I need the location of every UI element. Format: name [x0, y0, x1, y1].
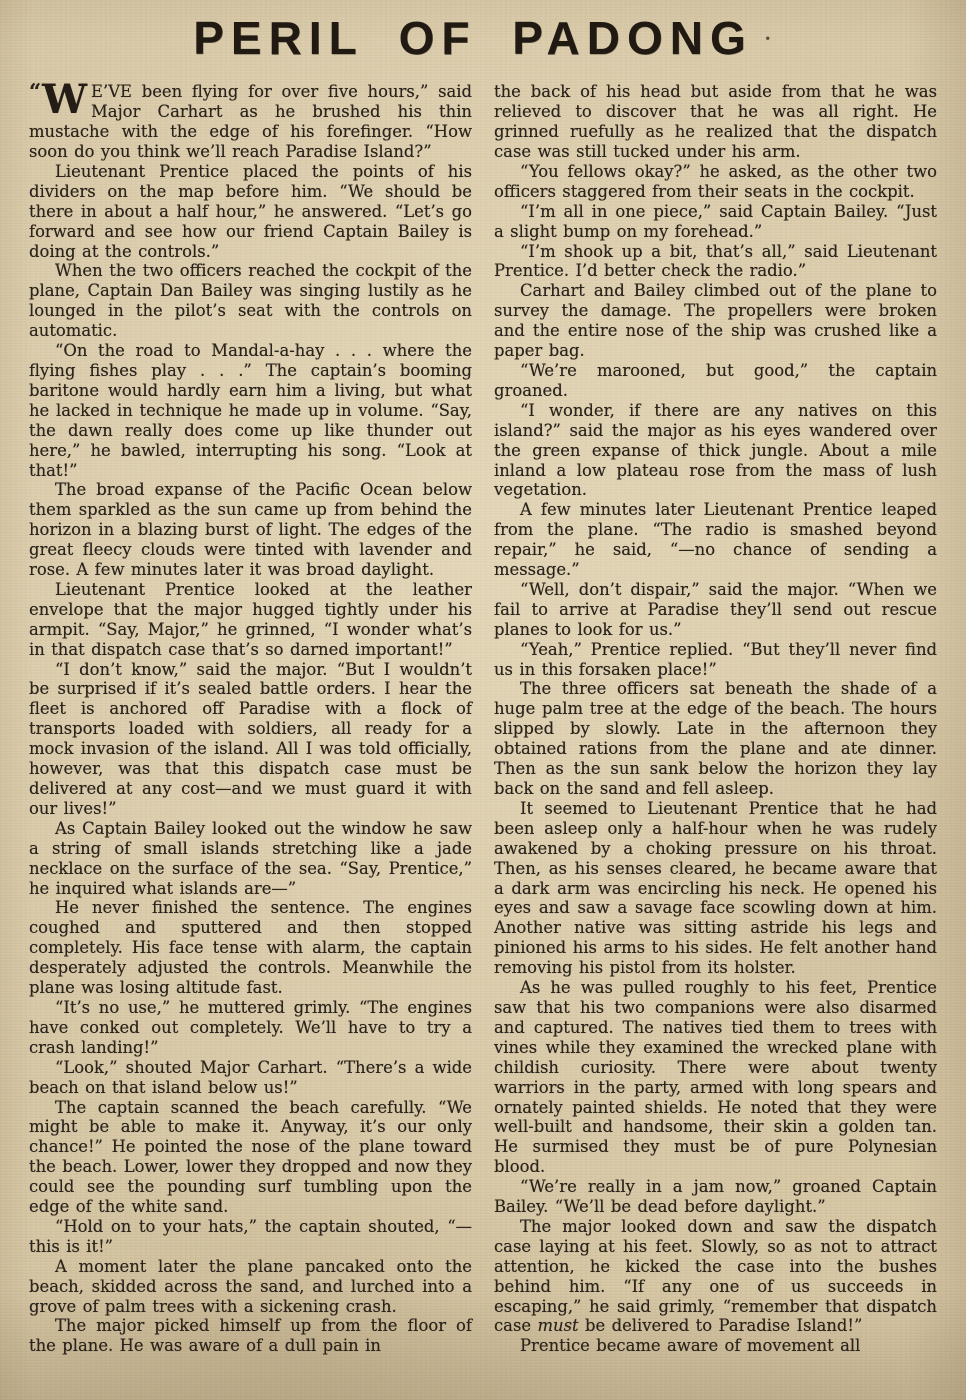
- story-paragraph: Lieutenant Prentice placed the points of…: [29, 162, 472, 262]
- story-paragraph: A moment later the plane pancaked onto t…: [29, 1257, 472, 1317]
- story-paragraph: “It’s no use,” he muttered grimly. “The …: [29, 998, 472, 1058]
- story-paragraph: “Look,” shouted Major Carhart. “There’s …: [29, 1058, 472, 1098]
- drop-cap: W: [42, 84, 87, 116]
- story-paragraph: As he was pulled roughly to his feet, Pr…: [494, 978, 937, 1177]
- title-row: PERIL OF PADONG·: [29, 14, 937, 62]
- story-paragraph: “I’m shook up a bit, that’s all,” said L…: [494, 242, 937, 282]
- story-paragraph: The major picked himself up from the flo…: [29, 1316, 472, 1356]
- story-paragraph: It seemed to Lieutenant Prentice that he…: [494, 799, 937, 978]
- story-paragraph: A few minutes later Lieutenant Prentice …: [494, 500, 937, 580]
- story-paragraph: “On the road to Mandal-a-hay . . . where…: [29, 341, 472, 480]
- story-paragraph: Prentice became aware of movement all: [494, 1336, 937, 1356]
- story-paragraph: The three officers sat beneath the shade…: [494, 679, 937, 798]
- title-dot: ·: [763, 22, 773, 56]
- text-columns: “WE’VE been flying for over five hours,”…: [29, 82, 937, 1356]
- story-paragraph: “You fellows okay?” he asked, as the oth…: [494, 162, 937, 202]
- story-paragraph: “I wonder, if there are any natives on t…: [494, 401, 937, 501]
- story-paragraph: When the two officers reached the cockpi…: [29, 261, 472, 341]
- story-paragraph: Carhart and Bailey climbed out of the pl…: [494, 281, 937, 361]
- story-paragraph: “I’m all in one piece,” said Captain Bai…: [494, 202, 937, 242]
- story-paragraph: The captain scanned the beach carefully.…: [29, 1098, 472, 1217]
- story-paragraph: Lieutenant Prentice looked at the leathe…: [29, 580, 472, 660]
- story-paragraph: The broad expanse of the Pacific Ocean b…: [29, 480, 472, 580]
- story-page: PERIL OF PADONG· “WE’VE been flying for …: [0, 0, 966, 1400]
- story-paragraph: “Well, don’t dispair,” said the major. “…: [494, 580, 937, 640]
- right-column: the back of his head but aside from that…: [494, 82, 937, 1356]
- story-paragraph: The major looked down and saw the dispat…: [494, 1217, 937, 1336]
- story-paragraph: “WE’VE been flying for over five hours,”…: [29, 82, 472, 162]
- story-paragraph: He never finished the sentence. The engi…: [29, 898, 472, 998]
- story-paragraph: “We’re really in a jam now,” groaned Cap…: [494, 1177, 937, 1217]
- story-paragraph: “We’re marooned, but good,” the captain …: [494, 361, 937, 401]
- story-paragraph: “Hold on to your hats,” the captain shou…: [29, 1217, 472, 1257]
- page-title: PERIL OF PADONG: [193, 14, 753, 62]
- opening-quote-mark: “: [29, 82, 41, 102]
- story-paragraph: “I don’t know,” said the major. “But I w…: [29, 660, 472, 819]
- story-paragraph: As Captain Bailey looked out the window …: [29, 819, 472, 899]
- left-column: “WE’VE been flying for over five hours,”…: [29, 82, 472, 1356]
- story-paragraph: “Yeah,” Prentice replied. “But they’ll n…: [494, 640, 937, 680]
- story-paragraph: the back of his head but aside from that…: [494, 82, 937, 162]
